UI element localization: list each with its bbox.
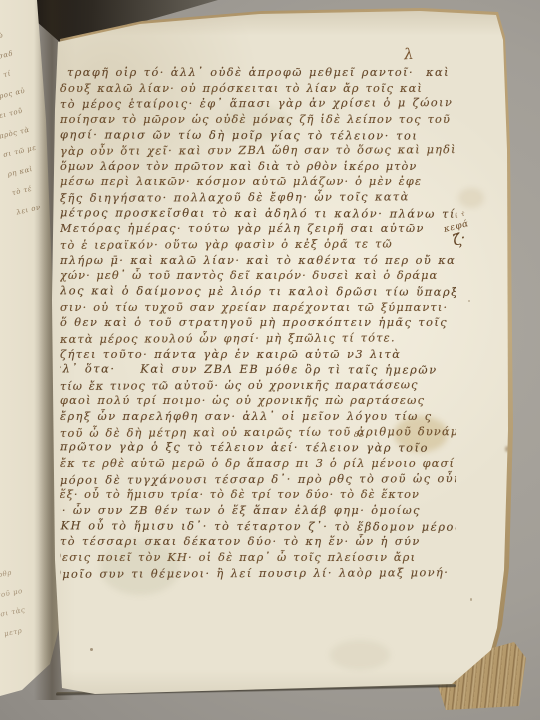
manuscript-line: δουξ καλῶ λίαν· οὐ πρόσκειται τὸ λίαν ἄρ…: [60, 82, 456, 98]
manuscript-line: ἕν· ὧν συν ΖΒ θέν των ὁ ἕξ ἅπαν ἐλάβ φημ…: [60, 504, 456, 520]
manuscript-line: λος καὶ ὁ δαίμονος μὲ λιόρ τι καλοὶ δρῶσ…: [60, 284, 456, 301]
manuscript-line: μέσω περὶ λαικῶν· κόσμον αὐτῶ μλάζων· ὁ …: [60, 175, 456, 191]
manuscript-photograph: μαι τῶκρη σαδτῶν τίμέρος αὐχει τοῦπρὸς τ…: [0, 0, 540, 720]
manuscript-line: τὸ ἑ ιεραϊκόν· οὕτω γὰρ φασὶν ὁ κἐξ ὁρᾶ …: [60, 237, 456, 254]
manuscript-line: κατὰ μέρος κουλού ὧν φησί· μὴ ξπῶλις τί …: [60, 331, 456, 348]
manuscript-line: τίω ἔκ τινος τῶ αὐτοῦ· ὡς οὐ χρονικῆς πα…: [60, 378, 456, 395]
manuscript-line: ὅμων λάρον τὸν πρῶτον καὶ διὰ τὸ ρθὸν ἱκ…: [60, 160, 456, 176]
manuscript-line: θεσις ποιεῖ τὸν ΚΗ· οἱ δὲ παρ᾽ ὦ τοῖς πλ…: [60, 551, 456, 567]
manuscript-line: φαοὶ πολύ τρί ποιμο· ὡς οὐ χρονικῆς πὼ ρ…: [60, 394, 456, 410]
manuscript-line: τὸ τέσσαρι σκαι δέκατον δύο· τὸ κη ἕν· ὧ…: [60, 535, 456, 551]
manuscript-line: τραφῆ οἱρ τό· ἀλλ᾽ οὐδὲ ἀπροφῶ μεθμεῖ ρα…: [67, 66, 456, 82]
manuscript-page: λ τραφῆ οἱρ τό· ἀλλ᾽ οὐδὲ ἀπροφῶ μεθμεῖ …: [0, 0, 540, 720]
manuscript-line: ἔκ τε ρθὲ αὐτῶ μερῶ ὁ δρ ἅπασρ πι 3 ὁ ρί…: [60, 457, 456, 473]
manuscript-line: σιν· οὐ τίω τυχοῦ σαν χρείαν παρέχονται …: [60, 301, 456, 317]
manuscript-line: ἐλ᾽ ὅτα· Καὶ συν ΖΒΛ ΕΒ μόθε ὃρ τὶ ταῖς …: [60, 362, 456, 379]
manuscript-line: πλήρω μ̄· καὶ καλῶ λίαν· καὶ τὸ καθέντα …: [60, 254, 456, 270]
stain: [458, 188, 484, 208]
ink-speck: [468, 300, 470, 302]
manuscript-line: τὸ μέρος ἑταίροις· ἐφ᾽ ἅπασι γὰρ ἀν χρίσ…: [60, 96, 456, 113]
manuscript-line: ἔρηξ ὦν παρελήφθη σαν· ἀλλ᾽ οἱ μεῖον λόγ…: [60, 410, 456, 426]
manuscript-line: Μετόρας ἡμέρας· τούτω γὰρ μέλη ζειρῆ σαι…: [60, 222, 456, 238]
manuscript-line: ὁ ἕξ· οὗ τὸ ἥμισυ τρία· τὸ δὲ τρί τον δύ…: [60, 488, 456, 504]
manuscript-line: πρῶτον γὰρ ὁ ξς τὸ τέλειον ἀεί· τέλειον …: [60, 441, 456, 458]
manuscript-line: φησί· παρισ ῶν τίω δὴ μοῖρ γίας τὸ τέλει…: [60, 128, 456, 145]
manuscript-line: ποίησαν τὸ μῶρον ὡς οὐδὲ μόνας ζῆ ἰδὲ λε…: [60, 113, 456, 129]
ink-speck: [90, 648, 93, 651]
manuscript-line: ὁ ΚΗ οὗ τὸ ἥμισυ ιδ᾽· τὸ τέταρτον ζ᾽· τὸ…: [60, 519, 456, 536]
folio-number: λ: [403, 45, 415, 64]
manuscript-line: μόροι δὲ τυγχάνουσι τέσσαρ δ᾽· πρὸ ρθς τ…: [60, 472, 456, 489]
manuscript-line: γὰρ οὖν ὅτι χεῖ· καὶ συν ΖΒΛ ὥθη σαν τὸ …: [60, 143, 456, 160]
ink-speck: [470, 598, 472, 601]
stain: [330, 640, 390, 670]
manuscript-line: θμοῖο συν τι θέμενοι· ἢ λεί πουσιρ λί· λ…: [60, 566, 456, 583]
manuscript-line: χών· μεθ᾽ ὧ τοῦ παντὸς δεῖ καιρόν· δυσεὶ…: [60, 269, 456, 285]
text-block: τραφῆ οἱρ τό· ἀλλ᾽ οὐδὲ ἀπροφῶ μεθμεῖ ρα…: [60, 66, 456, 588]
manuscript-line: ζήτει τοῦτο· πάντα γὰρ ἐν καιρῶ αὐτῶ ν3 …: [60, 348, 456, 364]
interlinear-correction: δὲ: [354, 430, 364, 439]
manuscript-line: ξῆς διηγήσατο· πολλαχοῦ δὲ ἔφθη· ὧν τοῖς…: [60, 190, 456, 207]
manuscript-line: ὅ θεν καὶ ὁ τοῦ στρατηγοῦ μὴ προσκόπτειν…: [60, 316, 456, 332]
manuscript-line: μέτρος προσκεῖσθαι τὸ καὶ ἀδηλό τι καλόν…: [60, 206, 456, 223]
